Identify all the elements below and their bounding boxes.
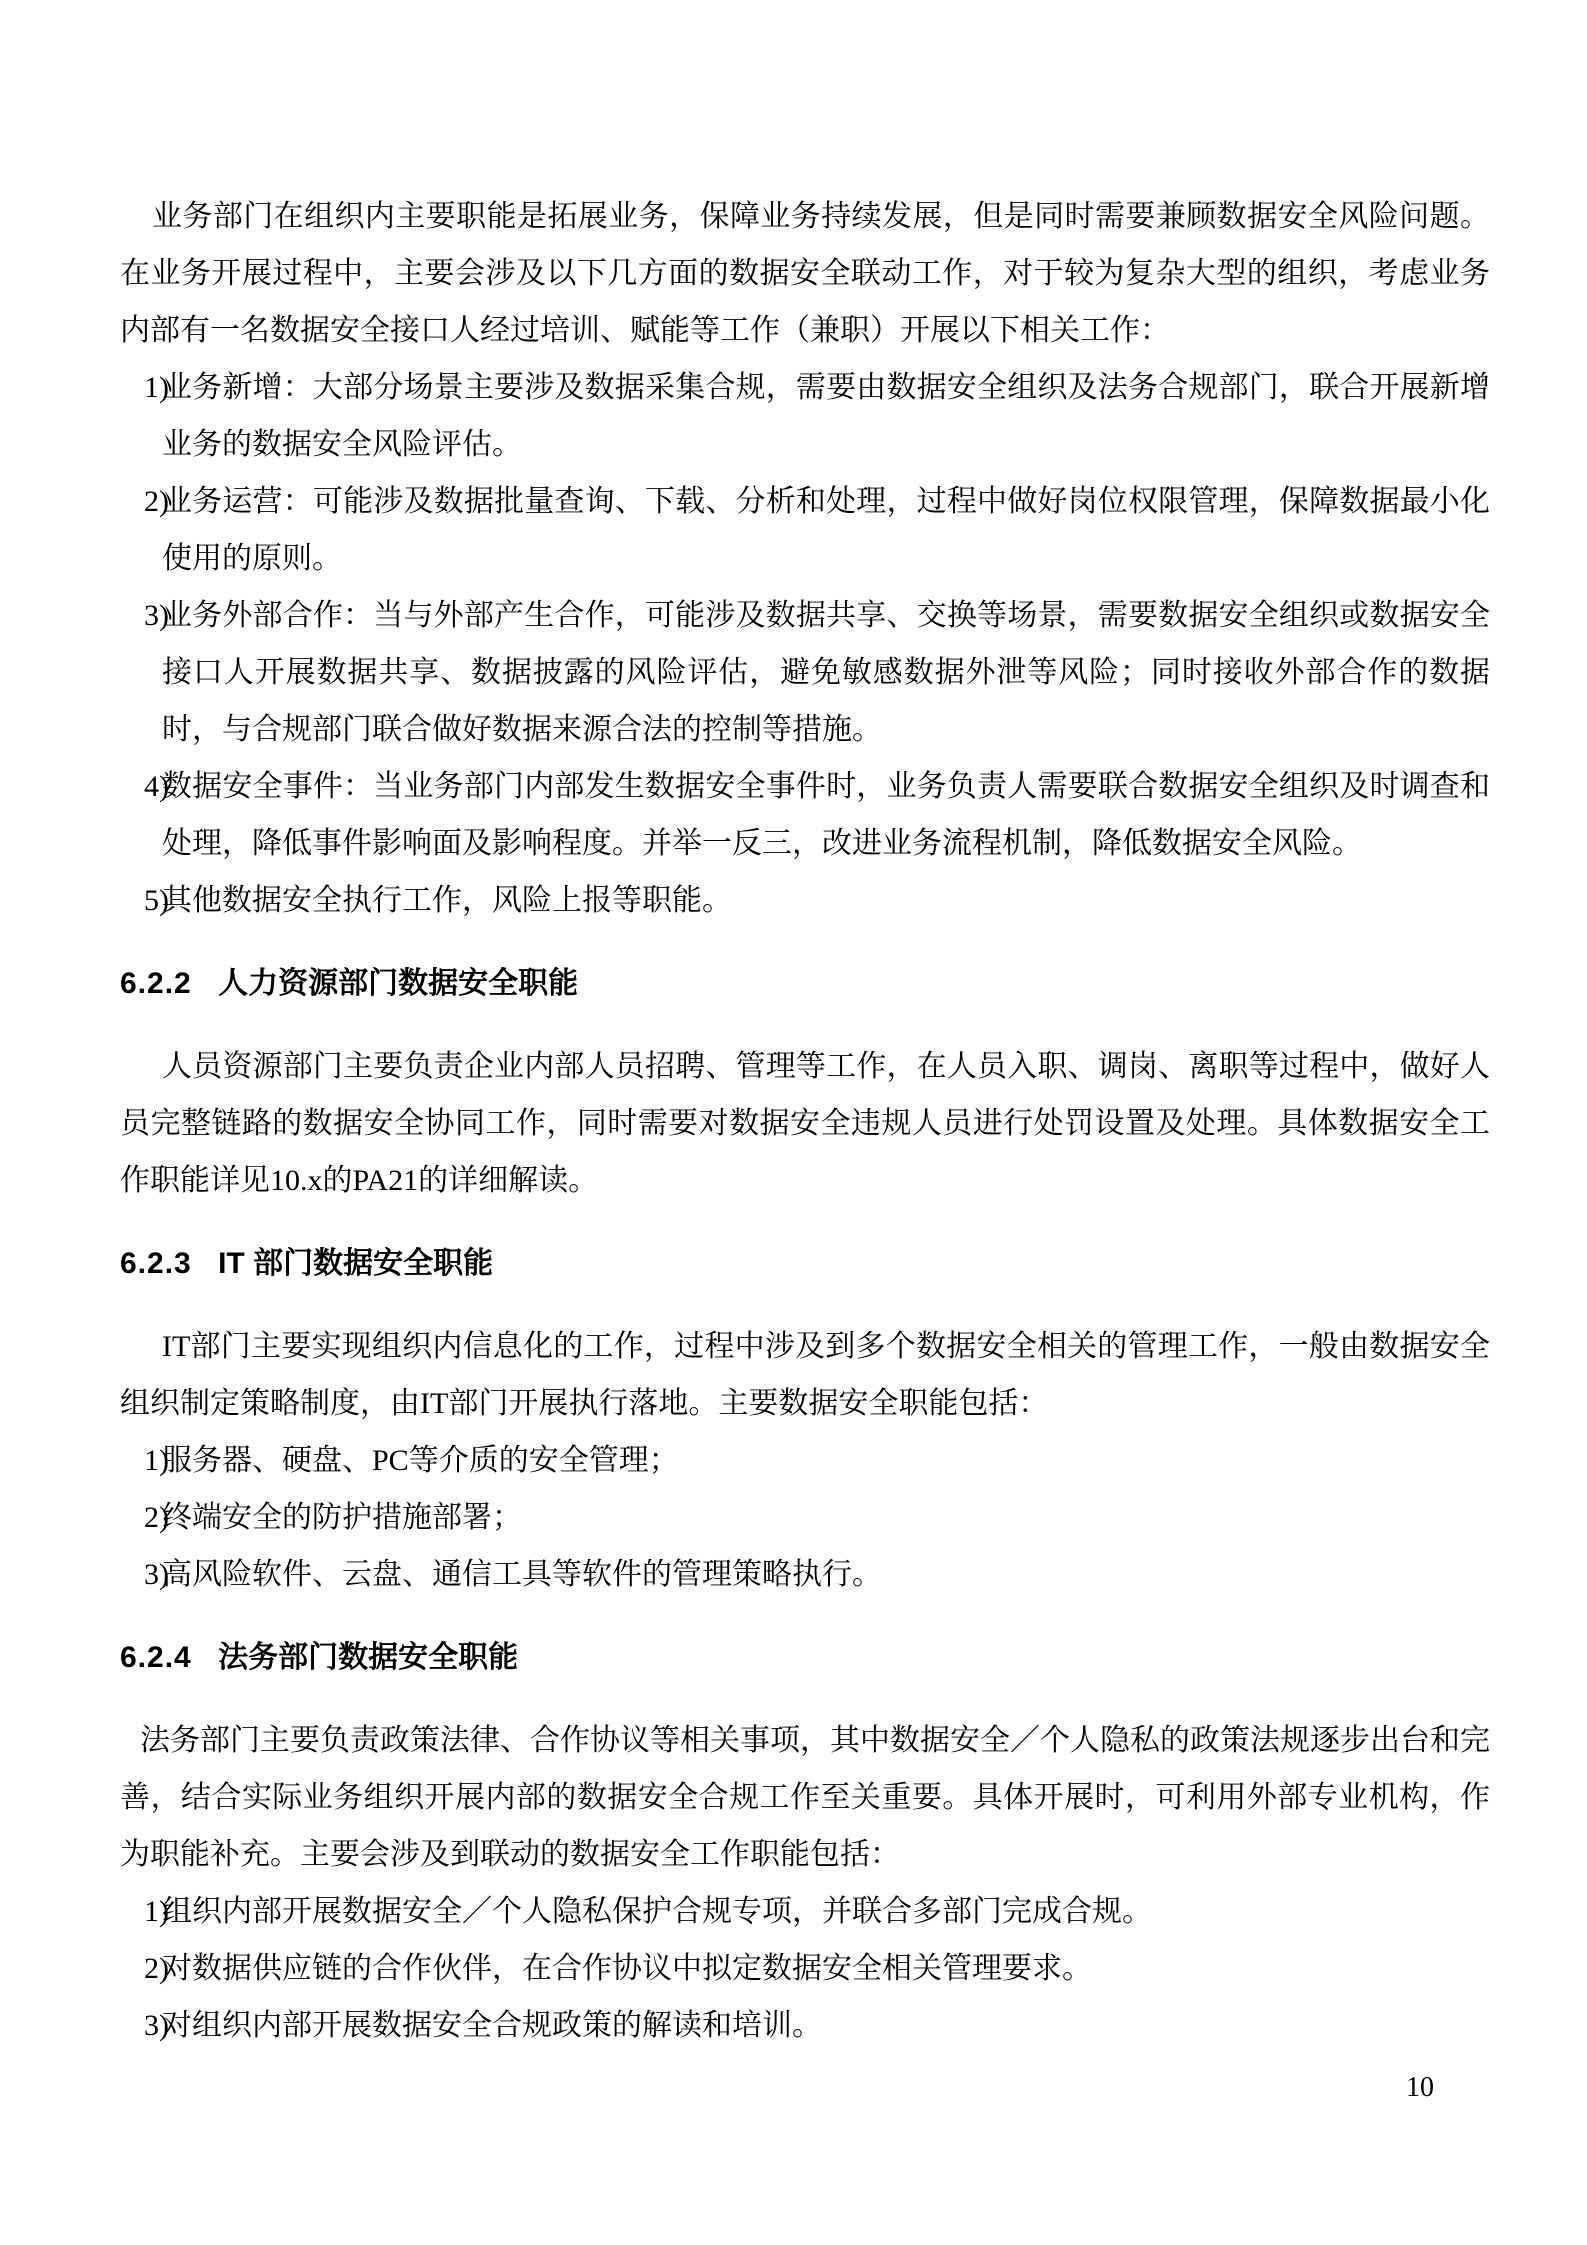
list-item-marker: 5) (144, 872, 169, 929)
it-duty-list: 1) 服务器、硬盘、PC等介质的安全管理； 2) 终端安全的防护措施部署； 3)… (120, 1432, 1490, 1603)
list-item-text: 业务运营：可能涉及数据批量查询、下载、分析和处理，过程中做好岗位权限管理，保障数… (162, 485, 1490, 575)
page-number: 10 (1406, 2068, 1434, 2108)
list-item-marker: 2) (144, 1940, 169, 1997)
section-heading-legal: 6.2.4 法务部门数据安全职能 (120, 1629, 1490, 1686)
list-item: 2) 对数据供应链的合作伙伴，在合作协议中拟定数据安全相关管理要求。 (120, 1940, 1490, 1997)
intro-paragraph: 业务部门在组织内主要职能是拓展业务，保障业务持续发展，但是同时需要兼顾数据安全风… (120, 188, 1490, 359)
section-number: 6.2.2 (120, 967, 192, 1000)
list-item: 1) 服务器、硬盘、PC等介质的安全管理； (120, 1432, 1490, 1489)
list-item-text: 业务外部合作：当与外部产生合作，可能涉及数据共享、交换等场景，需要数据安全组织或… (162, 599, 1490, 746)
list-item-text: 对组织内部开展数据安全合规政策的解读和培训。 (162, 2009, 822, 2042)
list-item: 4) 数据安全事件：当业务部门内部发生数据安全事件时，业务负责人需要联合数据安全… (120, 758, 1490, 872)
list-item: 1) 业务新增：大部分场景主要涉及数据采集合规，需要由数据安全组织及法务合规部门… (120, 359, 1490, 473)
list-item: 3) 高风险软件、云盘、通信工具等软件的管理策略执行。 (120, 1546, 1490, 1603)
section-title: IT 部门数据安全职能 (218, 1247, 493, 1280)
list-item-text: 其他数据安全执行工作，风险上报等职能。 (162, 884, 732, 917)
list-item-marker: 2) (144, 1489, 169, 1546)
list-item-marker: 3) (144, 1997, 169, 2054)
list-item-text: 业务新增：大部分场景主要涉及数据采集合规，需要由数据安全组织及法务合规部门，联合… (162, 371, 1490, 461)
section-heading-it: 6.2.3 IT 部门数据安全职能 (120, 1235, 1490, 1292)
list-item-marker: 4) (144, 758, 169, 815)
list-item: 1) 组织内部开展数据安全／个人隐私保护合规专项，并联合多部门完成合规。 (120, 1883, 1490, 1940)
list-item-text: 服务器、硬盘、PC等介质的安全管理； (162, 1444, 679, 1477)
document-page: 业务部门在组织内主要职能是拓展业务，保障业务持续发展，但是同时需要兼顾数据安全风… (0, 0, 1587, 2245)
legal-paragraph: 法务部门主要负责政策法律、合作协议等相关事项，其中数据安全／个人隐私的政策法规逐… (120, 1712, 1490, 1883)
section-title: 人力资源部门数据安全职能 (218, 967, 578, 1000)
list-item-text: 对数据供应链的合作伙伴，在合作协议中拟定数据安全相关管理要求。 (162, 1952, 1092, 1985)
legal-duty-list: 1) 组织内部开展数据安全／个人隐私保护合规专项，并联合多部门完成合规。 2) … (120, 1883, 1490, 2054)
list-item: 2) 终端安全的防护措施部署； (120, 1489, 1490, 1546)
list-item-marker: 1) (144, 1883, 169, 1940)
hr-paragraph: 人员资源部门主要负责企业内部人员招聘、管理等工作，在人员入职、调岗、离职等过程中… (120, 1038, 1490, 1209)
list-item-marker: 2) (144, 473, 169, 530)
section-number: 6.2.4 (120, 1641, 192, 1674)
list-item-marker: 1) (144, 359, 169, 416)
section-heading-hr: 6.2.2 人力资源部门数据安全职能 (120, 955, 1490, 1012)
section-title: 法务部门数据安全职能 (218, 1641, 518, 1674)
list-item-marker: 3) (144, 1546, 169, 1603)
list-item: 5) 其他数据安全执行工作，风险上报等职能。 (120, 872, 1490, 929)
it-paragraph: IT部门主要实现组织内信息化的工作，过程中涉及到多个数据安全相关的管理工作，一般… (120, 1318, 1490, 1432)
list-item: 2) 业务运营：可能涉及数据批量查询、下载、分析和处理，过程中做好岗位权限管理，… (120, 473, 1490, 587)
list-item-text: 数据安全事件：当业务部门内部发生数据安全事件时，业务负责人需要联合数据安全组织及… (162, 770, 1490, 860)
list-item: 3) 业务外部合作：当与外部产生合作，可能涉及数据共享、交换等场景，需要数据安全… (120, 587, 1490, 758)
list-item: 3) 对组织内部开展数据安全合规政策的解读和培训。 (120, 1997, 1490, 2054)
list-item-text: 高风险软件、云盘、通信工具等软件的管理策略执行。 (162, 1558, 882, 1591)
list-item-text: 组织内部开展数据安全／个人隐私保护合规专项，并联合多部门完成合规。 (162, 1895, 1152, 1928)
business-duty-list: 1) 业务新增：大部分场景主要涉及数据采集合规，需要由数据安全组织及法务合规部门… (120, 359, 1490, 929)
list-item-marker: 1) (144, 1432, 169, 1489)
list-item-marker: 3) (144, 587, 169, 644)
section-number: 6.2.3 (120, 1247, 192, 1280)
list-item-text: 终端安全的防护措施部署； (162, 1501, 522, 1534)
